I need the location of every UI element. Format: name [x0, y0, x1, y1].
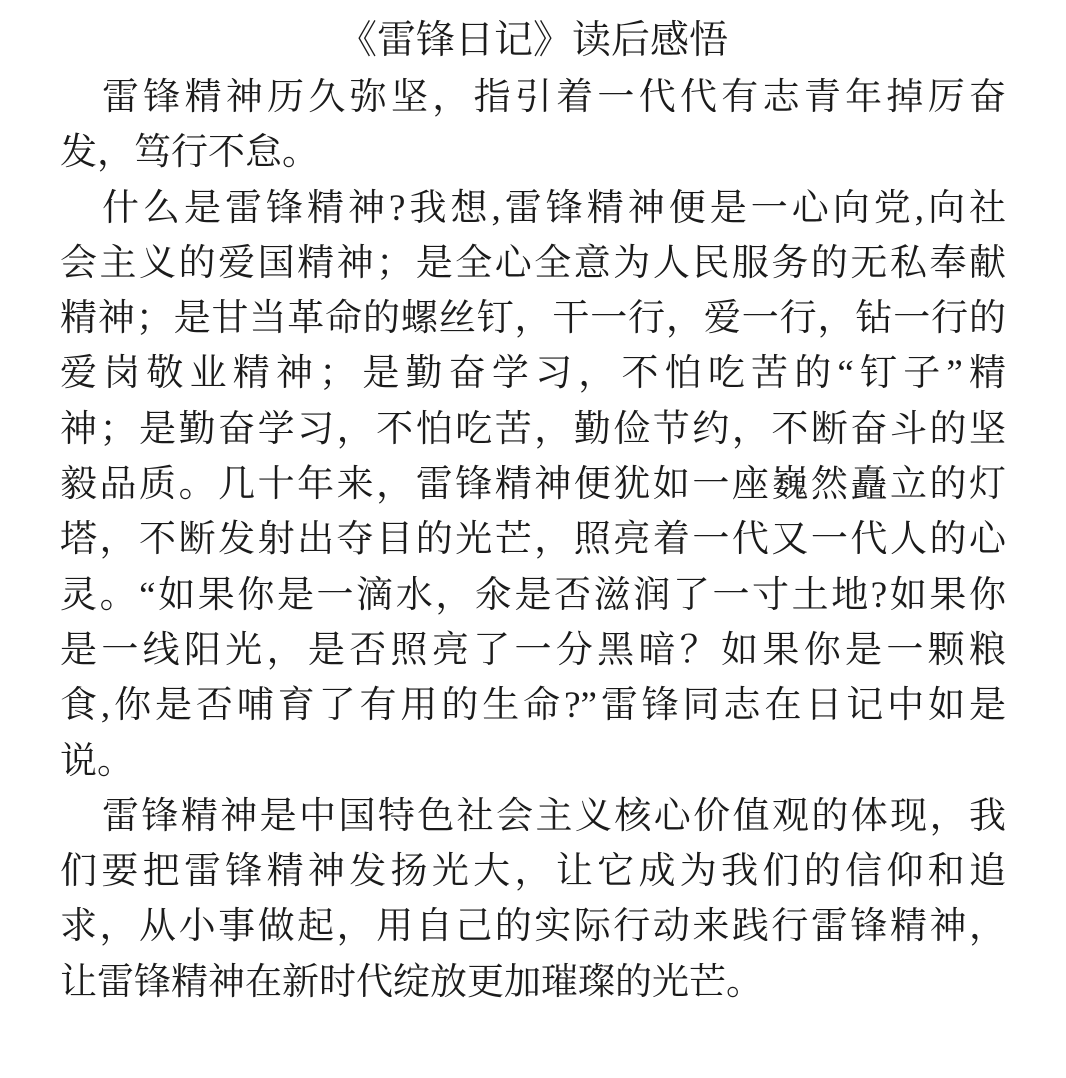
- page-background: { "page": { "background": "#ffffff", "te…: [0, 0, 1066, 1078]
- document-title: 《雷锋日记》读后感悟: [60, 12, 1006, 70]
- paragraph-3-line-1: 雷锋精神是中国特色社会主义核心价值观的体现，我: [60, 789, 1006, 844]
- paragraph-2-line-2: 会主义的爱国精神；是全心全意为人民服务的无私奉献: [60, 236, 1006, 291]
- paragraph-2-line-9: 是一线阳光，是否照亮了一分黑暗？如果你是一颗粮: [60, 623, 1006, 678]
- paragraph-2-line-5: 神；是勤奋学习，不怕吃苦，勤俭节约，不断奋斗的坚: [60, 402, 1006, 457]
- paragraph-2-line-11: 说。: [60, 734, 1006, 789]
- paragraph-2-line-6: 毅品质。几十年来，雷锋精神便犹如一座巍然矗立的灯: [60, 457, 1006, 512]
- paragraph-1-line-1: 雷锋精神历久弥坚，指引着一代代有志青年掉厉奋: [60, 70, 1006, 125]
- document-page: 《雷锋日记》读后感悟 雷锋精神历久弥坚，指引着一代代有志青年掉厉奋 发，笃行不怠…: [60, 12, 1006, 1010]
- paragraph-2-line-3: 精神；是甘当革命的螺丝钉，干一行，爱一行，钻一行的: [60, 291, 1006, 346]
- paragraph-2-line-4: 爱岗敬业精神；是勤奋学习，不怕吃苦的“钉子”精: [60, 346, 1006, 401]
- paragraph-2-line-8: 灵。“如果你是一滴水，氽是否滋润了一寸土地?如果你: [60, 568, 1006, 623]
- paragraph-2-line-7: 塔，不断发射出夺目的光芒，照亮着一代又一代人的心: [60, 512, 1006, 567]
- paragraph-3-line-4: 让雷锋精神在新时代绽放更加璀璨的光芒。: [60, 955, 1006, 1010]
- paragraph-2-line-1: 什么是雷锋精神?我想,雷锋精神便是一心向党,向社: [60, 181, 1006, 236]
- paragraph-1-line-2: 发，笃行不怠。: [60, 125, 1006, 180]
- paragraph-2-line-10: 食,你是否哺育了有用的生命?”雷锋同志在日记中如是: [60, 678, 1006, 733]
- paragraph-3-line-2: 们要把雷锋精神发扬光大，让它成为我们的信仰和追: [60, 844, 1006, 899]
- paragraph-3-line-3: 求，从小事做起，用自己的实际行动来践行雷锋精神，: [60, 899, 1006, 954]
